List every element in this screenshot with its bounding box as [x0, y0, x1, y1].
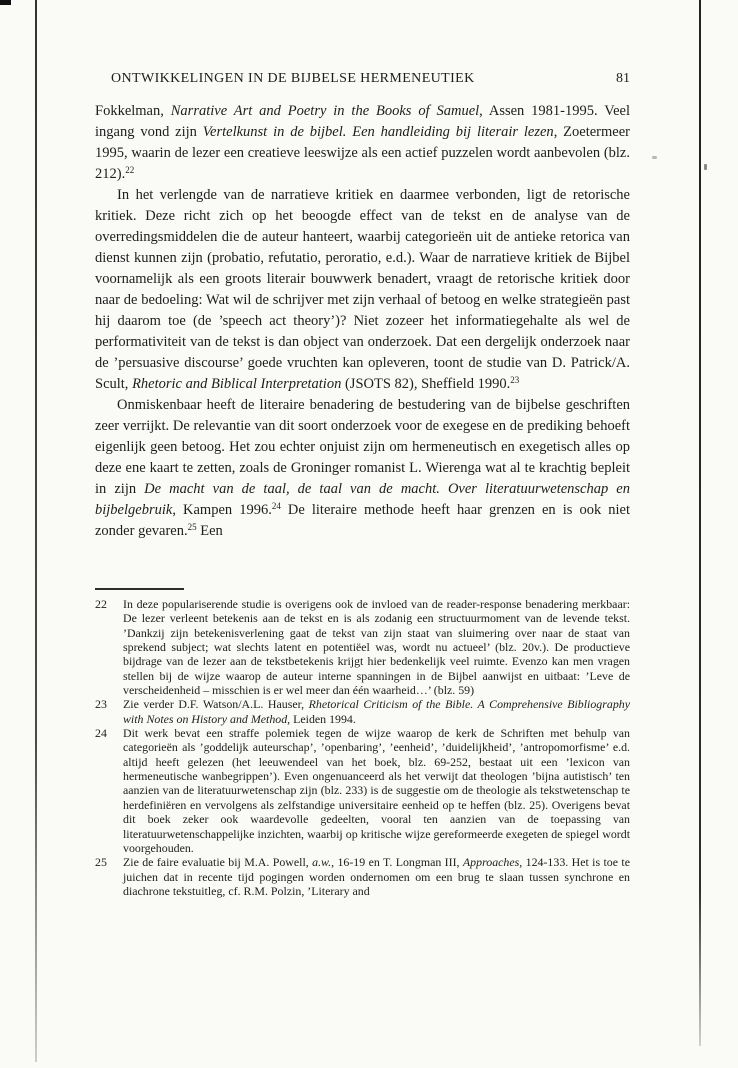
footnote-ref: 23 [510, 375, 519, 385]
running-head-title: ONTWIKKELINGEN IN DE BIJBELSE HERMENEUTI… [95, 71, 475, 87]
footnote: 25Zie de faire evaluatie bij M.A. Powell… [95, 855, 630, 898]
running-head: ONTWIKKELINGEN IN DE BIJBELSE HERMENEUTI… [95, 71, 630, 87]
scan-corner-artifact [0, 0, 11, 5]
footnote-text: In deze populariserende studie is overig… [123, 597, 630, 697]
page-edge-right-line [699, 0, 701, 1046]
text-run: Fokkelman, [95, 103, 171, 119]
body-text: Fokkelman, Narrative Art and Poetry in t… [95, 101, 630, 542]
text-run: Vertelkunst in de bijbel. Een handleidin… [203, 124, 554, 140]
footnote-ref: 24 [272, 501, 281, 511]
text-run: , Leiden 1994. [287, 712, 356, 726]
footnote-ref: 22 [125, 165, 134, 175]
text-run: Zie de faire evaluatie bij M.A. Powell, [123, 855, 312, 869]
footnote-ref: 25 [188, 522, 197, 532]
footnote: 23Zie verder D.F. Watson/A.L. Hauser, Rh… [95, 697, 630, 726]
footnote-number: 23 [95, 697, 107, 711]
paragraph: In het verlengde van de narratieve kriti… [95, 185, 630, 395]
footnote-number: 25 [95, 855, 107, 869]
footnote: 24Dit werk bevat een straffe polemiek te… [95, 726, 630, 855]
page-number: 81 [616, 71, 630, 87]
text-run: , Kampen 1996. [172, 502, 272, 518]
paragraph: Onmiskenbaar heeft de literaire benaderi… [95, 395, 630, 542]
footnotes: 22In deze populariserende studie is over… [95, 597, 630, 898]
text-run: , 16-19 en T. Longman III, [331, 855, 463, 869]
scan-speck [652, 156, 657, 159]
paragraph: Fokkelman, Narrative Art and Poetry in t… [95, 101, 630, 185]
footnote-number: 24 [95, 726, 107, 740]
text-run: Een [197, 523, 223, 539]
text-run: Dit werk bevat een straffe polemiek tege… [123, 726, 630, 855]
text-run: Zie verder D.F. Watson/A.L. Hauser, [123, 697, 309, 711]
text-run: Narrative Art and Poetry in the Books of… [171, 103, 479, 119]
footnote-number: 22 [95, 597, 107, 611]
text-run: a.w. [312, 855, 331, 869]
text-run: (JSOTS 82), Sheffield 1990. [341, 376, 510, 392]
text-run: Rhetoric and Biblical Interpretation [132, 376, 341, 392]
text-run: In het verlengde van de narratieve kriti… [95, 187, 630, 392]
footnote-separator [95, 588, 184, 590]
footnote: 22In deze populariserende studie is over… [95, 597, 630, 697]
text-run: Approaches [463, 855, 519, 869]
footnote-text: Dit werk bevat een straffe polemiek tege… [123, 726, 630, 855]
footnote-text: Zie de faire evaluatie bij M.A. Powell, … [123, 855, 630, 898]
scan-speck [704, 164, 707, 170]
page-edge-left-line [35, 0, 37, 1062]
text-run: In deze populariserende studie is overig… [123, 597, 630, 697]
footnote-text: Zie verder D.F. Watson/A.L. Hauser, Rhet… [123, 697, 630, 725]
